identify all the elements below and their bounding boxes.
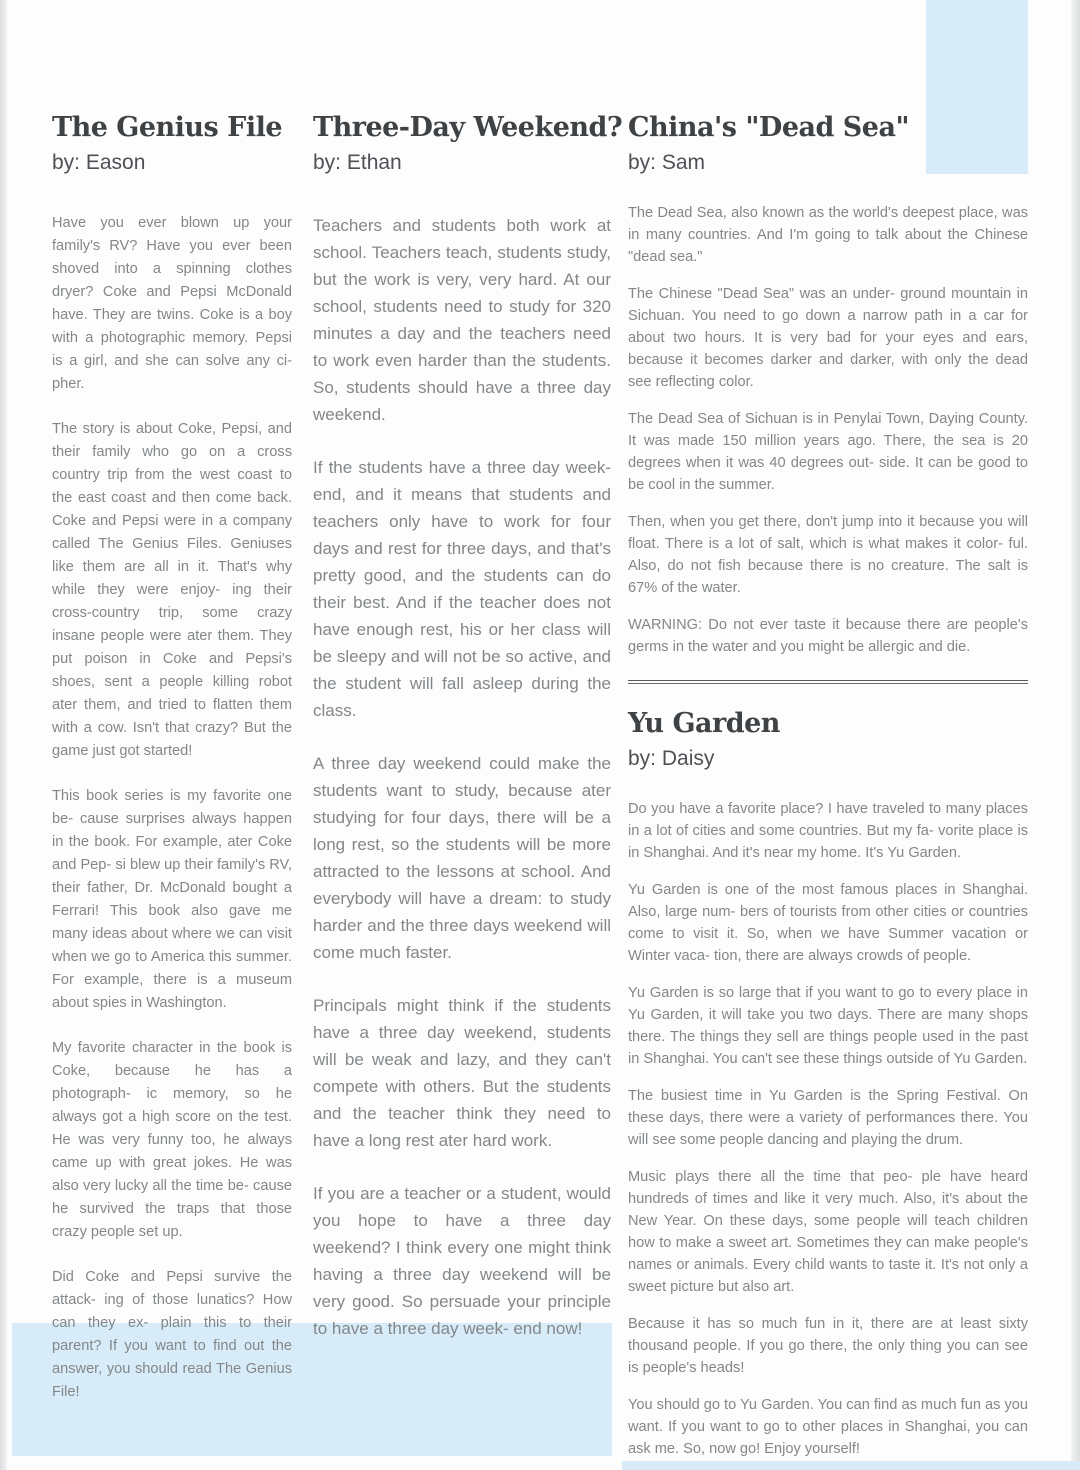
article-paragraph: Then, when you get there, don't jump int… bbox=[628, 511, 1028, 599]
article-genius-file: The Genius File by: Eason Have you ever … bbox=[52, 112, 292, 1426]
article-paragraph: Because it has so much fun in it, there … bbox=[628, 1313, 1028, 1379]
page-edge-left bbox=[0, 0, 7, 1470]
article-paragraph: Music plays there all the time that peo-… bbox=[628, 1166, 1028, 1298]
article-byline: by: Eason bbox=[52, 150, 292, 176]
article-body: Have you ever blown up your family's RV?… bbox=[52, 212, 292, 1404]
article-paragraph: Do you have a favorite place? I have tra… bbox=[628, 798, 1028, 864]
article-paragraph: This book series is my favorite one be- … bbox=[52, 785, 292, 1015]
article-paragraph: Did Coke and Pepsi survive the attack- i… bbox=[52, 1266, 292, 1404]
page-edge-right bbox=[1071, 0, 1080, 1470]
article-paragraph: Yu Garden is one of the most famous plac… bbox=[628, 879, 1028, 967]
article-yu-garden: Yu Garden by: Daisy Do you have a favori… bbox=[628, 708, 1028, 1460]
article-paragraph: The Dead Sea, also known as the world's … bbox=[628, 202, 1028, 268]
article-paragraph: Teachers and students both work at schoo… bbox=[313, 212, 611, 428]
article-paragraph: My favorite character in the book is Cok… bbox=[52, 1037, 292, 1244]
article-paragraph: Yu Garden is so large that if you want t… bbox=[628, 982, 1028, 1070]
article-body: Do you have a favorite place? I have tra… bbox=[628, 798, 1028, 1460]
article-paragraph: Principals might think if the students h… bbox=[313, 992, 611, 1154]
article-paragraph: The Dead Sea of Sichuan is in Penylai To… bbox=[628, 408, 1028, 496]
article-paragraph: WARNING: Do not ever taste it because th… bbox=[628, 614, 1028, 658]
article-byline: by: Sam bbox=[628, 150, 1028, 176]
article-paragraph: You should go to Yu Garden. You can find… bbox=[628, 1394, 1028, 1460]
article-title: China's "Dead Sea" bbox=[628, 112, 1028, 144]
article-byline: by: Daisy bbox=[628, 746, 1028, 772]
article-body: Teachers and students both work at schoo… bbox=[313, 212, 611, 1342]
article-paragraph: Have you ever blown up your family's RV?… bbox=[52, 212, 292, 396]
section-divider bbox=[628, 680, 1028, 684]
article-paragraph: The busiest time in Yu Garden is the Spr… bbox=[628, 1085, 1028, 1151]
article-paragraph: A three day weekend could make the stude… bbox=[313, 750, 611, 966]
article-three-day-weekend: Three-Day Weekend? by: Ethan Teachers an… bbox=[313, 112, 611, 1368]
article-paragraph: The Chinese "Dead Sea" was an under- gro… bbox=[628, 283, 1028, 393]
article-title: Three-Day Weekend? bbox=[313, 112, 611, 144]
article-dead-sea: China's "Dead Sea" by: Sam The Dead Sea,… bbox=[628, 112, 1028, 658]
article-title: Yu Garden bbox=[628, 708, 1028, 740]
article-body: The Dead Sea, also known as the world's … bbox=[628, 202, 1028, 658]
right-column: China's "Dead Sea" by: Sam The Dead Sea,… bbox=[628, 112, 1028, 1470]
article-paragraph: The story is about Coke, Pepsi, and thei… bbox=[52, 418, 292, 763]
article-byline: by: Ethan bbox=[313, 150, 611, 176]
article-paragraph: If you are a teacher or a student, would… bbox=[313, 1180, 611, 1342]
newspaper-page: The Genius File by: Eason Have you ever … bbox=[0, 0, 1080, 1470]
article-paragraph: If the students have a three day week- e… bbox=[313, 454, 611, 724]
article-title: The Genius File bbox=[52, 112, 292, 144]
